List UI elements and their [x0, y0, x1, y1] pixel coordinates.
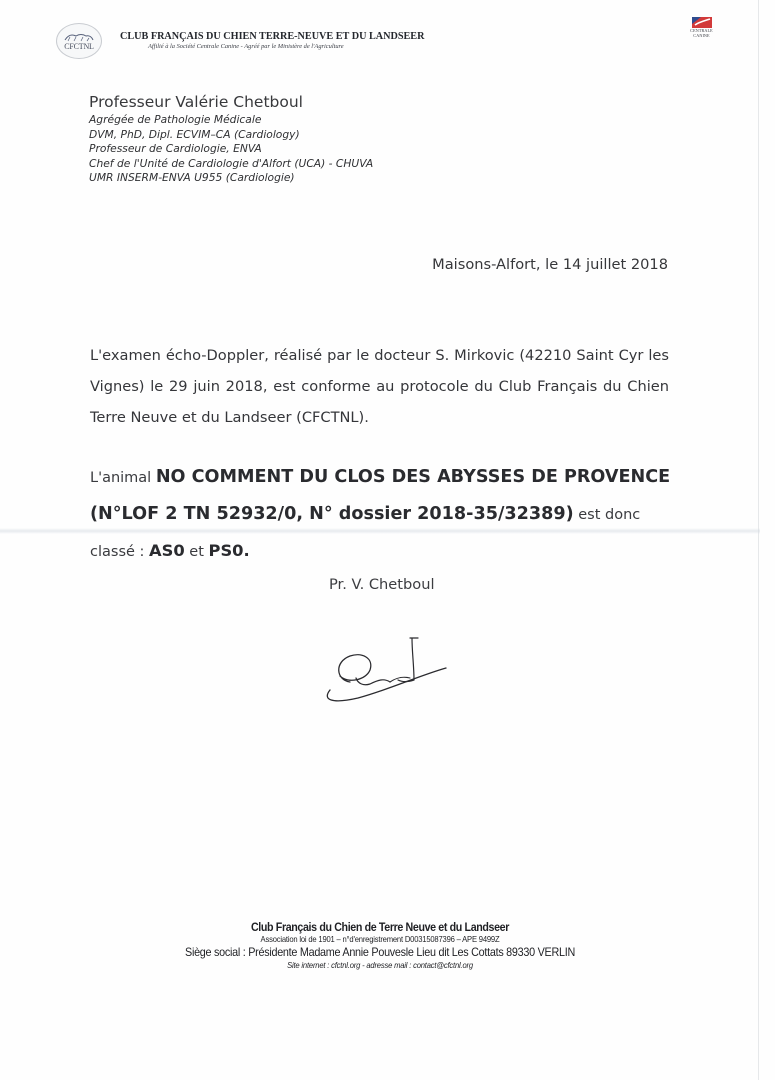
author-title-line: Agrégée de Pathologie Médicale	[89, 113, 373, 128]
handwritten-signature	[318, 632, 453, 707]
author-title-line: Chef de l'Unité de Cardiologie d'Alfort …	[89, 157, 373, 172]
footer: Club Français du Chien de Terre Neuve et…	[0, 920, 760, 971]
grade-aortic: AS0	[149, 541, 185, 560]
badge-text: Centrale Canine	[690, 29, 713, 38]
grade-pulmonic: PS0	[209, 541, 244, 560]
author-titles: Agrégée de Pathologie Médicale DVM, PhD,…	[89, 113, 373, 186]
footer-title: Club Français du Chien de Terre Neuve et…	[30, 920, 729, 935]
document-page: CFCTNL CLUB FRANÇAIS DU CHIEN TERRE-NEUV…	[0, 0, 775, 1080]
author-name: Professeur Valérie Chetboul	[89, 93, 303, 111]
author-title-line: UMR INSERM-ENVA U955 (Cardiologie)	[89, 171, 373, 186]
club-title: CLUB FRANÇAIS DU CHIEN TERRE-NEUVE ET DU…	[120, 31, 424, 42]
sentence-end: .	[244, 541, 250, 560]
logo-text: CFCTNL	[64, 42, 93, 51]
scc-badge: Centrale Canine	[691, 17, 712, 38]
author-title-line: Professeur de Cardiologie, ENVA	[89, 142, 373, 157]
animal-prefix: L'animal	[90, 470, 156, 486]
dogs-icon	[64, 33, 94, 42]
footer-siege: Siège social : Présidente Madame Annie P…	[38, 945, 722, 960]
date-line: Maisons-Alfort, le 14 juillet 2018	[432, 256, 668, 273]
classification-paragraph: L'animal NO COMMENT DU CLOS DES ABYSSES …	[90, 459, 680, 570]
footer-contact: Site internet : cfctnl.org - adresse mai…	[27, 960, 734, 971]
scan-edge	[758, 0, 759, 1080]
scc-flag-icon	[692, 17, 712, 28]
exam-paragraph: L'examen écho-Doppler, réalisé par le do…	[90, 340, 669, 433]
grade-connector: et	[185, 544, 209, 560]
author-title-line: DVM, PhD, Dipl. ECVIM–CA (Cardiology)	[89, 128, 373, 143]
animal-name: NO COMMENT DU CLOS DES ABYSSES DE PROVEN…	[156, 467, 670, 487]
animal-registration: (N°LOF 2 TN 52932/0, N° dossier 2018-35/…	[90, 504, 574, 524]
club-logo: CFCTNL	[56, 23, 102, 59]
signer-name: Pr. V. Chetboul	[329, 576, 435, 593]
footer-association: Association loi de 1901 – n°d'enregistre…	[27, 935, 734, 945]
club-subtitle: Affilié à la Société Centrale Canine - A…	[148, 43, 344, 50]
